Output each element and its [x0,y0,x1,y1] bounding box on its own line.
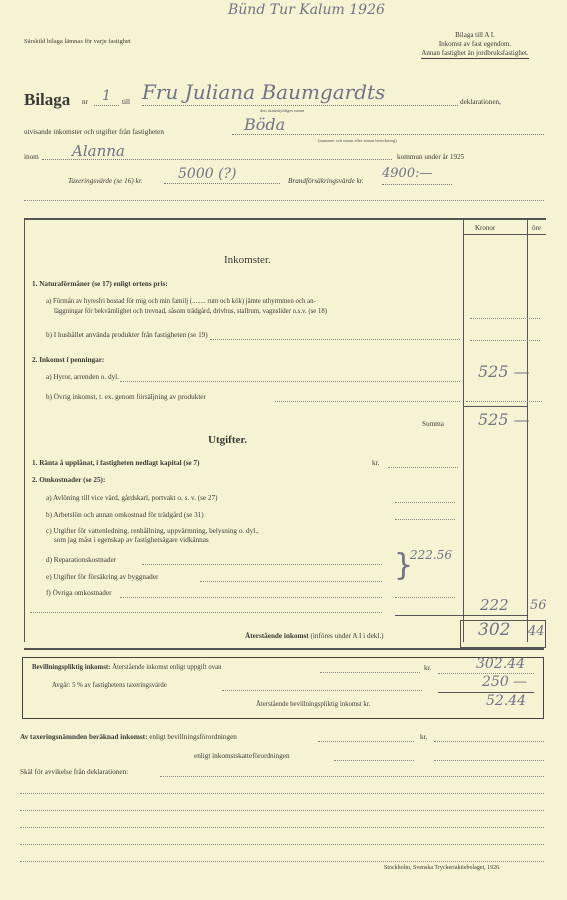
expense-item-1: 1. Ränta å upplånat, i fastigheten nedla… [32,459,200,467]
taxable-line-3-amount[interactable]: 52.44 [486,693,526,709]
expense-item-1-kr: kr. [372,459,379,467]
assessment-line-1-text: enligt bevillningsförordningen [149,733,237,741]
income-sum-amount[interactable]: 525 — [478,410,530,429]
expense-item-2: 2. Omkostnader (se 25): [32,476,105,484]
kommun-label: kommun under år 1925 [397,153,464,161]
name-caption: den skattskyldiges namn [260,108,304,113]
deklaration-label: deklarationen, [460,98,501,106]
leader-dots [142,564,382,565]
kronor-header: Kronor [475,224,495,232]
sum-line [463,406,527,407]
income-item-2b: b) Övrig inkomst, t. ex. genom försäljni… [46,393,206,401]
bilaga-title: Bilaga [24,90,70,110]
fire-insurance-field[interactable]: 4900:— [382,166,452,185]
expense-item-2c-line2: som jag måst i egenskap av fastighetsäga… [54,536,209,544]
leader-dots [30,612,382,613]
assessment-line-1-kr: kr. [420,733,427,741]
reasons-line-3[interactable] [20,810,544,811]
reasons-label: Skäl för avvikelse från deklarationen: [20,768,128,776]
reasons-line-1[interactable] [160,776,544,777]
leader-dots [320,672,420,673]
form-title: Bilaga till A I. [390,31,560,40]
taxable-line-1-amount[interactable]: 302.44 [476,656,525,672]
taxvalue-field[interactable]: 5000 (?) [164,166,280,184]
total-line [395,615,527,616]
remaining-income-kronor[interactable]: 302 [478,620,510,640]
leader-dots [120,597,382,598]
column-header-line [463,234,546,235]
taxpayer-name-field[interactable]: Fru Juliana Baumgardts [142,80,458,106]
expense-item-2d: d) Reparationskostnader [46,556,116,564]
expense-total-kronor[interactable]: 222 [480,596,509,614]
amount-column-divider [463,218,464,642]
reasons-line-2[interactable] [20,793,544,794]
property-label: utvisande inkomster och utgifter från fa… [24,128,164,136]
till-label: till [122,98,130,106]
remaining-income-label-bold: Återstående inkomst [245,632,309,640]
fire-insurance-label: Brandförsäkringsvärde kr. [288,177,364,185]
income-item-1a-line1: a) Förmån av hyresfri bostad för mig och… [46,298,316,305]
assessment-label: Av taxeringsnämnden beräknad inkomst: [20,733,147,741]
expense-item-2c-line1: c) Utgifter för vattenledning, renhållni… [46,527,259,535]
assessment-1-amount-field[interactable] [434,741,544,742]
reasons-line-6[interactable] [20,861,544,862]
income-item-1b: b) I hushållet använda produkter från fa… [46,331,208,339]
income-item-1a-line2: läggningar för bekvämlighet och trevnad,… [54,308,327,315]
divider [24,200,544,201]
income-1b-amount-field[interactable] [470,340,540,341]
taxable-line-1: Bevillningspliktig inkomst: Återstående … [32,664,222,671]
ore-header: öre [532,224,541,232]
income-section-title: Inkomster. [224,254,271,266]
nr-label: nr [82,98,88,106]
taxable-line-3: Återstående bevillningspliktig inkomst k… [256,701,370,708]
bilaga-number-field[interactable]: 1 [94,88,119,106]
taxable-line-2: Avgår: 5 % av fastighetens taxeringsvärd… [52,682,167,689]
printer-imprint: Stockholm, Svenska Tryckeriaktiebolaget,… [384,865,501,871]
expense-item-1-text: 1. Ränta å upplånat, i fastigheten nedla… [32,459,200,467]
expense-2b-amount-field[interactable] [395,519,455,520]
form-header: Bilaga till A I. Inkomst av fast egendom… [390,31,560,59]
expense-2d-2e-amount[interactable]: 222.56 [410,548,452,562]
expenses-section-title: Utgifter. [208,434,247,446]
income-sum-label: Summa [422,420,444,428]
income-item-2a: a) Hyror, arrenden o. dyl. [46,373,119,381]
kommun-field[interactable]: Alanna [42,142,392,160]
handwritten-heading: Bünd Tur Kalum 1926 [228,2,385,18]
form-subtitle: Inkomst av fast egendom. [390,40,560,49]
reasons-line-5[interactable] [20,844,544,845]
expense-total-ore[interactable]: 56 [530,598,547,613]
taxable-income-label: Bevillningspliktig inkomst: [32,664,110,671]
form-category: Annan fastighet än jordbruksfastighet. [421,49,528,59]
expense-2f-amount-field[interactable] [395,597,455,598]
assessment-line-1: Av taxeringsnämnden beräknad inkomst: en… [20,733,237,741]
expense-item-2f: f) Övriga omkostnader [46,589,111,597]
leader-dots [120,381,460,382]
table-left-border [24,218,25,642]
property-field[interactable]: Böda [232,115,544,135]
leader-dots [334,760,414,761]
income-2a-amount[interactable]: 525 — [478,362,530,381]
taxable-line-2-amount[interactable]: 250 — [482,674,527,690]
leader-dots [275,401,460,402]
remaining-income-label: Återstående inkomst (införes under A I i… [245,632,384,640]
income-2b-amount-field[interactable] [466,401,542,402]
reasons-line-4[interactable] [20,827,544,828]
leader-dots [318,741,414,742]
taxable-line-1-text: Återstående inkomst enligt uppgift ovan [112,664,221,671]
ore-column-divider [527,218,528,642]
expense-1-amount-field[interactable] [388,467,458,468]
remaining-income-note: (införes under A I i dekl.) [310,632,383,640]
expense-item-2e: e) Utgifter för försäkring av byggnader [46,573,158,581]
taxable-line-1-kr: kr. [424,664,431,672]
inom-label: inom [24,153,39,161]
section-divider [24,648,544,650]
taxvalue-label: Taxeringsvärde (se 16) kr. [68,177,143,185]
leader-dots [210,339,460,340]
assessment-line-2: enligt inkomstskatteförordningen [194,752,290,760]
remaining-income-ore[interactable]: 44 [528,624,545,639]
income-1a-amount-field[interactable] [470,318,540,319]
income-item-2: 2. Inkomst i penningar: [32,356,104,364]
table-top-border [24,218,546,220]
expense-item-2a: a) Avlöning till vice värd, gårdskarl, p… [46,494,217,502]
expense-2a-amount-field[interactable] [395,502,455,503]
leader-dots [200,581,382,582]
assessment-2-amount-field[interactable] [434,760,544,761]
instruction-note: Särskild bilaga lämnas för varje fastigh… [24,38,131,45]
expense-item-2b: b) Arbetslön och annan omkostnad för trä… [46,511,204,519]
income-item-1: 1. Naturaförmåner (se 17) enligt ortens … [32,280,168,288]
leader-dots [222,690,422,691]
